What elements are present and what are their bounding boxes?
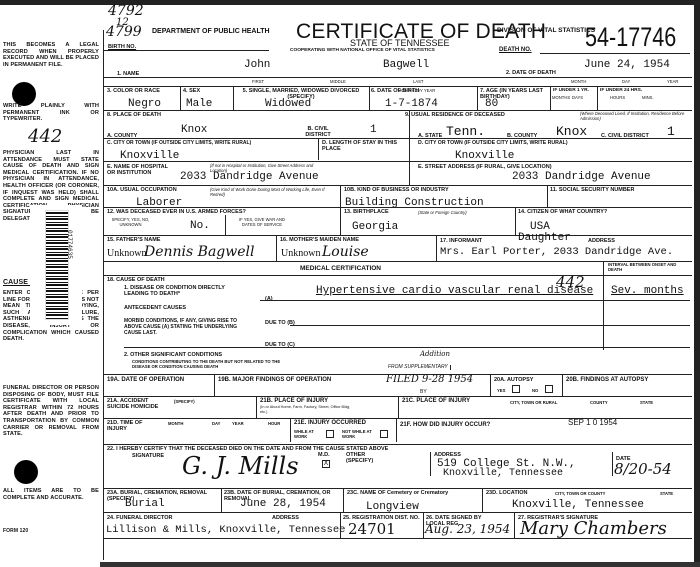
morbid-label: MORBID CONDITIONS, IF ANY, GIVING RISE T… [124,318,244,336]
pod-district: 1 [370,124,377,136]
autopsy-no-checkbox[interactable] [545,385,553,393]
burial-state-label: STATE [660,491,673,496]
department-name: DEPARTMENT OF PUBLIC HEALTH [152,29,270,35]
rule [214,374,215,396]
rule [340,185,341,235]
time-month: MONTH [168,421,183,426]
mother-label: 16. MOTHER'S MAIDEN NAME [280,237,359,243]
rule [225,215,226,235]
handwritten-442-medical: 442 [556,273,585,291]
date-of-death-label: 2. DATE OF DEATH [506,70,556,76]
name-first: John [244,59,270,71]
sub-last: LAST [413,79,423,84]
res-county: Knox [556,124,587,139]
rule [514,512,515,538]
rule [104,77,692,78]
rule [233,86,234,110]
injury-place-note: (In or About Home, Farm, Factory, Street… [260,405,355,415]
accident-label: 21A. ACCIDENT SUICIDE HOMICIDE [107,398,167,410]
rule [104,185,692,186]
rule [597,86,598,110]
state-name: STATE OF TENNESSEE [350,38,450,48]
under24-hours: HOURS [610,95,625,100]
color-value: Negro [128,98,161,110]
pod-district-label: B. CIVIL DISTRICT [298,126,338,138]
rule [104,86,692,87]
rule [180,86,181,110]
date-of-death: June 24, 1954 [584,59,670,71]
armed-war-label: IF YES, GIVE WAR AND DATES OF SERVICE [232,217,292,227]
cooperating-note: COOPERATING WITH NATIONAL OFFICE OF VITA… [290,48,435,54]
rule [343,488,344,512]
cert-date-value: 8/20-54 [614,460,672,478]
rule [104,50,269,51]
medical-heading: MEDICAL CERTIFICATION [300,266,381,272]
rule [290,325,690,326]
funeral-address-label: ADDRESS [272,515,299,521]
rule [550,86,551,110]
sub-month: MONTH [571,79,586,84]
other-conditions-label: 2. OTHER SIGNIFICANT CONDITIONS [124,352,222,358]
not-while-at-work-label: NOT WHILE AT WORK [342,429,374,439]
reg-dist-value: 24701 [348,520,396,538]
pod-hospital-label: E. NAME OF HOSPITAL OR INSTITUTION [107,164,173,176]
rule [124,347,690,348]
stamp-addition: Addition [420,350,450,358]
under1-label: IF UNDER 1 YR. [553,88,589,94]
informant-value: Mrs. Earl Porter, 2033 Dandridge Ave. [440,246,673,258]
rule [340,512,341,538]
res-district: 1 [667,124,675,139]
occupation-note: (Give Kind of Work Done During Most of W… [210,187,340,197]
rule [104,538,692,539]
under24-mins: MINS. [642,95,654,100]
sub-middle: MIDDLE [330,79,346,84]
time-of-injury-label: 21D. TIME OF INJURY [107,420,147,432]
funeral-director-label: 24. FUNERAL DIRECTOR [107,515,173,521]
rule [104,488,692,489]
funeral-director-value: Lillison & Mills, Knoxville, Tennessee [106,524,345,536]
place-of-death-label: 8. PLACE OF DEATH [107,112,161,118]
rule [398,396,399,418]
injury-location-label: 21C. PLACE OF INJURY [402,398,470,404]
md-label: M.D. [318,452,330,458]
rule [221,488,222,512]
time-hour: HOUR [268,421,280,426]
rule [104,207,692,208]
rule [482,488,483,512]
injury-state: STATE [640,400,653,405]
death-number: 54-17746 [585,22,676,53]
res-state: Tenn. [446,124,485,139]
stamp-supplementary: FROM SUPPLEMENTARY [388,365,451,370]
color-label: 3. COLOR OR RACE [107,88,167,94]
res-street: 2033 Dandridge Avenue [512,171,651,183]
md-checkbox[interactable]: X [322,460,330,468]
residence-label: 9. USUAL RESIDENCE OF DECEASED [405,112,505,118]
rule [256,396,257,418]
burial-location-value: Knoxville, Tennessee [512,499,644,511]
father-typed: Unknown [107,248,146,259]
while-at-work-checkbox[interactable] [326,430,334,438]
rule [104,235,692,236]
death-no-label: DEATH NO. [499,47,532,53]
accident-specify: (SPECIFY) [174,399,195,404]
rule [104,444,692,445]
not-while-at-work-checkbox[interactable] [380,430,388,438]
sex-label: 4. SEX [183,88,200,94]
rule [409,161,692,162]
signature-label: SIGNATURE [132,453,164,459]
form-number: FORM 120 [3,528,99,535]
time-year: YEAR [232,421,244,426]
physician-signature: G. J. Mills [182,452,299,480]
registrar-signature: Mary Chambers [520,518,667,539]
birth-no-handwritten-3: 4799 [106,26,142,38]
ssn-label: 11. SOCIAL SECURITY NUMBER [550,187,634,193]
other-conditions-sub: CONDITIONS CONTRIBUTING TO THE DEATH BUT… [132,359,292,369]
rule [436,235,437,261]
sub-first: FIRST [252,79,264,84]
time-day: DAY [212,421,220,426]
received-date-stamp: SEP 1 0 1954 [568,418,617,427]
rule [104,161,409,162]
autopsy-findings-label: 20B. FINDINGS AT AUTOPSY [566,377,648,383]
under1-days: DAYS [572,95,583,100]
informant-label: 17. INFORMANT [440,238,482,244]
pod-stay-label: D. LENGTH OF STAY IN THIS PLACE [322,140,407,152]
age-value: 80 [485,98,498,110]
birth-date-sub: MONTH DAY YEAR [398,88,435,93]
under1-months: MONTHS [552,95,570,100]
citizen-label: 14. CITIZEN OF WHAT COUNTRY? [518,209,607,215]
autopsy-no-label: NO [532,388,538,393]
autopsy-label: 20A. AUTOPSY [494,377,533,383]
injury-city-town-rural: CITY, TOWN OR RURAL [510,400,557,405]
interval-a-value: Sev. months [611,285,684,297]
birthplace-value: Georgia [352,221,398,233]
business-label: 10B. KIND OF BUSINESS OR INDUSTRY [344,187,449,193]
cause-a-value: Hypertensive cardio vascular renal disea… [316,285,593,297]
rule [104,138,409,139]
stamp-filed: FILED 9-28 1954 [386,374,473,385]
occupation-label: 10A. USUAL OCCUPATION [107,187,177,193]
rule [369,86,370,110]
rule [547,185,548,207]
how-injury-label: 21F. HOW DID INJURY OCCUR? [400,422,490,428]
rule [562,374,563,396]
cemetery-label: 23C. NAME OF Cemetery or Crematory [347,490,448,496]
scan-border-bottom [100,562,700,567]
barcode-number: 01774635 [66,230,73,259]
injury-place-label: 21B. PLACE OF INJURY [260,398,328,404]
op-findings-label: 19B. MAJOR FINDINGS OF OPERATION [218,377,331,383]
marital-value: Widowed [265,98,311,110]
informant-address-label: ADDRESS [588,238,615,244]
stamp-by: BY [420,390,427,395]
burial-location-sub: CITY, TOWN OR COUNTY [555,491,605,496]
informant-relation: Daughter [518,232,571,244]
rule [290,418,291,442]
while-at-work-label: WHILE AT WORK [294,429,322,439]
pod-county: Knox [181,124,207,136]
rule [603,262,604,350]
rule [423,512,424,538]
rule [540,53,690,54]
legal-record-note: THIS BECOMES A LEGAL RECORD WHEN PROPERL… [3,42,99,68]
rule [260,300,690,301]
res-street-label: E. STREET ADDRESS (IF RURAL, GIVE LOCATI… [418,164,568,170]
cert-address-line2: Knoxville, Tennessee [443,468,563,479]
interval-label: INTERVAL BETWEEN ONSET AND DEATH [608,262,688,272]
line1-label: 1. DISEASE OR CONDITION DIRECTLY LEADING… [124,285,234,297]
antecedent-label: ANTECEDENT CAUSES [124,305,186,311]
name-last: Bagwell [383,59,429,71]
punch-hole [14,460,38,484]
sub-day: DAY [622,79,630,84]
all-items-note: ALL ITEMS ARE TO BE COMPLETE AND ACCURAT… [3,488,99,501]
injury-occurred-label: 21E. INJURY OCCURRED [294,420,366,426]
residence-note: (Where Deceased Lived. If Institution, R… [580,111,690,121]
other-specify-label: OTHER (SPECIFY) [346,452,386,464]
scan-border-right [694,0,700,567]
under24-label: IF UNDER 24 HRS. [600,88,642,94]
barcode [45,210,69,320]
sub-year: YEAR [667,79,678,84]
rule [515,207,516,235]
birth-date-value: 1-7-1874 [385,98,438,110]
sex-value: Male [186,98,212,110]
write-plainly-note: WRITE PLAINLY WITH PERMANENT INK OR TYPE… [3,103,99,123]
rule [477,86,478,110]
burial-date-value: June 28, 1954 [240,498,326,510]
date-signed-value: Aug. 23, 1954 [425,522,510,536]
autopsy-yes-checkbox[interactable] [512,385,520,393]
pod-city-label: C. CITY OR TOWN (IF OUTSIDE CITY LIMITS,… [107,140,251,146]
rule [409,138,692,139]
father-handwritten: Dennis Bagwell [144,244,254,260]
op-date-label: 19A. DATE OF OPERATION [107,377,184,383]
rule [276,235,277,261]
division-name: DIVISION OF VITAL STATISTICS [497,28,595,34]
injury-county: COUNTY [590,400,608,405]
rule [490,374,491,396]
rule [396,418,397,442]
rule [318,138,319,160]
funeral-note: FUNERAL DIRECTOR OR PERSON DISPOSING OF … [3,385,99,438]
birth-no-handwritten-1: 4792 [108,5,144,17]
burial-location-label: 23D. LOCATION [486,490,527,496]
armed-specify-label: SPECIFY, YES, NO, UNKNOWN [108,217,153,227]
father-label: 15. FATHER'S NAME [107,237,160,243]
cause-label: 18. CAUSE OF DEATH [107,277,165,283]
burial-method-value: Burial [125,498,165,510]
birthplace-label: 13. BIRTHPLACE [344,209,389,215]
handwritten-442-side: 442 [28,126,62,147]
rule [104,512,692,513]
pod-hospital: 2033 Dandridge Avenue [180,171,319,183]
rule [430,452,431,476]
autopsy-yes-label: YES [497,388,505,393]
rule [612,452,613,476]
res-city-label: D. CITY OR TOWN (IF OUTSIDE CITY LIMITS,… [418,140,568,146]
birthplace-note: (State or Foreign Country) [418,210,467,215]
scan-border-top [0,0,700,5]
cause-a-label: (A) [265,296,273,302]
rule [409,110,410,185]
armed-forces-value: No. [190,220,210,232]
mother-handwritten: Louise [322,244,369,260]
mother-typed: Unknown [281,248,320,259]
